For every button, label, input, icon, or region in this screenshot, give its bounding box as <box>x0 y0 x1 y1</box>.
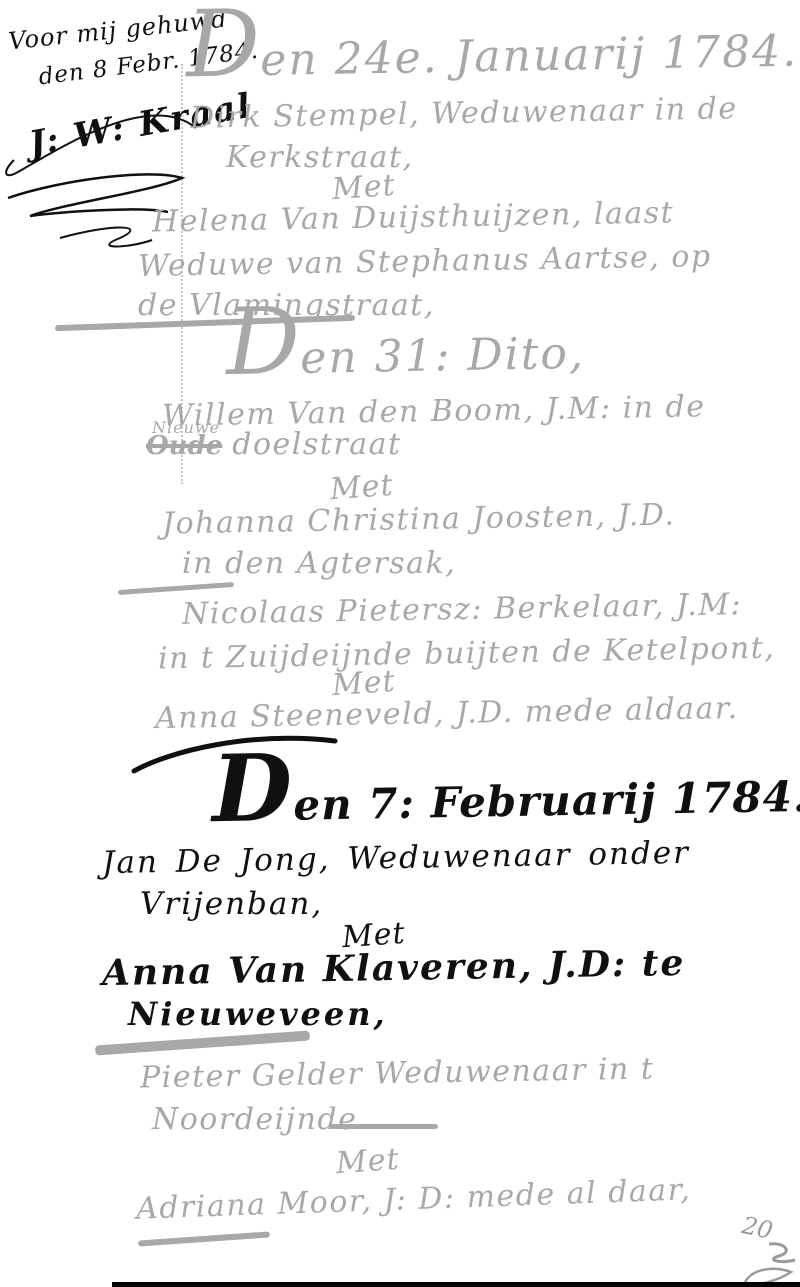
met-label: Met <box>329 470 395 506</box>
page-number-mark: 20 <box>740 1213 775 1244</box>
struck-text: Oude <box>146 433 222 460</box>
groom-line-edited: Nieuwe Oude doelstraat <box>146 420 402 460</box>
corner-scribble <box>735 1242 800 1287</box>
bride-line: Weduwe van Stephanus Aartse, op <box>138 241 712 283</box>
groom-line: in t Zuijdeijnde buijten de Ketelpont, <box>158 633 776 675</box>
groom-line: Noordeijnde <box>152 1104 357 1136</box>
bride-line: Nieuweveen, <box>128 998 388 1032</box>
ink-stroke <box>138 1231 270 1246</box>
document-page: Voor mij gehuwd den 8 Febr. 1784. J: W: … <box>0 0 800 1287</box>
groom-line: Jan De Jong, Weduwenaar onder <box>102 837 690 880</box>
edit-stack: Nieuwe Oude <box>146 420 222 460</box>
groom-line-rest: doelstraat <box>232 429 401 461</box>
groom-line: Vrijenban, <box>140 888 323 921</box>
bride-line: Helena Van Duijsthuijzen, laast <box>152 197 675 238</box>
met-label: Met <box>335 1144 401 1180</box>
bride-line: Anna Van Klaveren, J.D: te <box>102 945 686 993</box>
section-heading: Den 24e. Januarij 1784. <box>185 7 798 86</box>
groom-line: Pieter Gelder Weduwenaar in t <box>140 1054 655 1094</box>
ink-stroke <box>95 1031 310 1056</box>
section-heading: Den 31: Dito, <box>225 309 585 383</box>
groom-line: Dirk Stempel, Weduwenaar in de <box>190 93 738 134</box>
bride-line: Johanna Christina Joosten, J.D. <box>162 500 676 540</box>
groom-line: Nicolaas Pietersz: Berkelaar, J.M: <box>182 589 743 630</box>
section-heading: Den 7: Februarij 1784. <box>211 751 800 829</box>
bride-line: in den Agtersak, <box>182 548 456 580</box>
scan-edge-bar <box>112 1282 800 1287</box>
ink-stroke <box>118 582 234 595</box>
bride-line: Adriana Moor, J: D: mede al daar, <box>136 1174 692 1225</box>
ink-stroke <box>330 1124 438 1129</box>
